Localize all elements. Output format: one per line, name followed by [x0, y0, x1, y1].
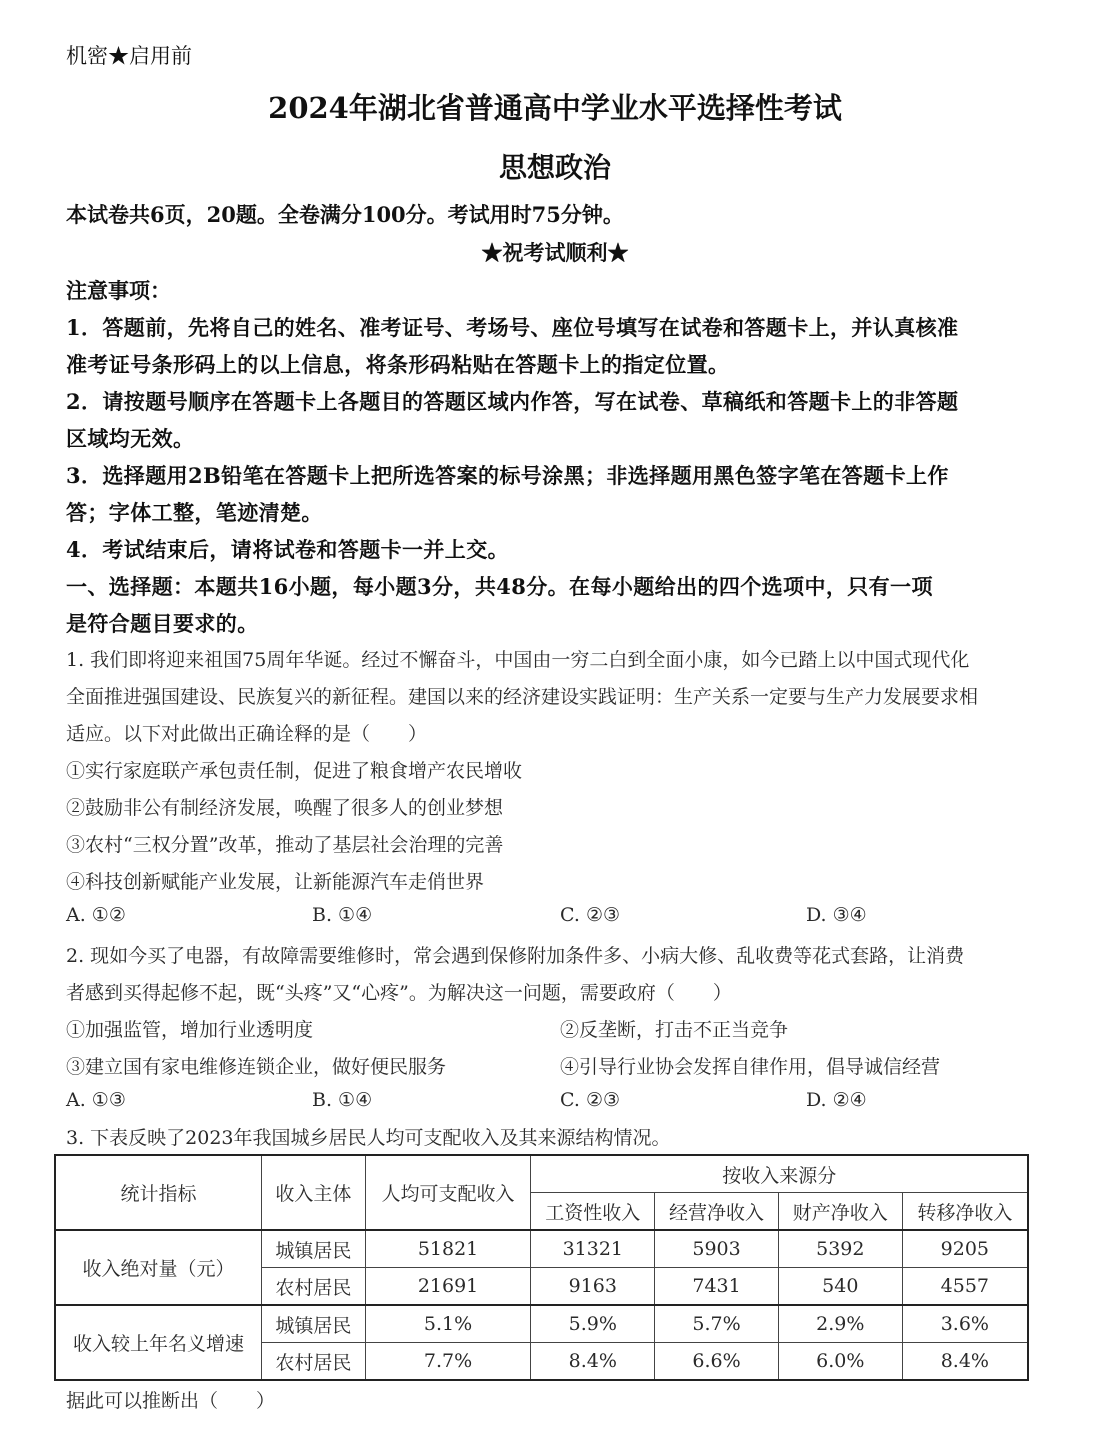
cell: 5903 — [655, 1230, 779, 1268]
notes-heading: 注意事项： — [66, 275, 171, 305]
cell: 5392 — [778, 1230, 902, 1268]
q1-option-a: A. ①② — [66, 904, 126, 926]
q2-option-b: B. ①④ — [312, 1089, 372, 1111]
cell: 6.0% — [778, 1343, 902, 1381]
row-subject: 农村居民 — [262, 1343, 366, 1381]
table-row: 收入绝对量（元） 城镇居民 51821 31321 5903 5392 9205 — [55, 1230, 1028, 1268]
q1-item: ④科技创新赋能产业发展，让新能源汽车走俏世界 — [66, 867, 484, 894]
table-row: 收入较上年名义增速 城镇居民 5.1% 5.9% 5.7% 2.9% 3.6% — [55, 1305, 1028, 1343]
q3-stem: 3. 下表反映了2023年我国城乡居民人均可支配收入及其来源结构情况。 — [66, 1123, 671, 1150]
header-source: 转移净收入 — [902, 1193, 1028, 1231]
cell: 51821 — [365, 1230, 531, 1268]
note-line: 区域均无效。 — [66, 423, 194, 453]
cell: 7431 — [655, 1268, 779, 1306]
q1-item: ②鼓励非公有制经济发展，唤醒了很多人的创业梦想 — [66, 793, 503, 820]
cell: 540 — [778, 1268, 902, 1306]
header-source: 工资性收入 — [531, 1193, 655, 1231]
note-line: 2．请按题号顺序在答题卡上各题目的答题区域内作答，写在试卷、草稿纸和答题卡上的非… — [66, 386, 958, 416]
cell: 2.9% — [778, 1305, 902, 1343]
section-heading: 一、选择题：本题共16小题，每小题3分，共48分。在每小题给出的四个选项中，只有… — [66, 571, 933, 601]
group-label: 收入绝对量（元） — [55, 1230, 262, 1305]
row-subject: 城镇居民 — [262, 1305, 366, 1343]
q2-stem-line: 2. 现如今买了电器，有故障需要维修时，常会遇到保修附加条件多、小病大修、乱收费… — [66, 941, 964, 968]
header-source: 经营净收入 — [655, 1193, 779, 1231]
exam-title: 2024年湖北省普通高中学业水平选择性考试 — [0, 86, 1096, 127]
q1-option-b: B. ①④ — [312, 904, 372, 926]
q1-stem-line: 全面推进强国建设、民族复兴的新征程。建国以来的经济建设实践证明：生产关系一定要与… — [66, 682, 978, 709]
cell: 9163 — [531, 1268, 655, 1306]
cell: 21691 — [365, 1268, 531, 1306]
cell: 8.4% — [531, 1343, 655, 1381]
section-heading: 是符合题目要求的。 — [66, 608, 259, 638]
confidential-label: 机密★启用前 — [66, 40, 192, 70]
cell: 5.9% — [531, 1305, 655, 1343]
q1-option-c: C. ②③ — [560, 904, 620, 926]
exam-subject: 思想政治 — [0, 146, 1096, 186]
note-line: 答；字体工整，笔迹清楚。 — [66, 497, 323, 527]
q2-option-c: C. ②③ — [560, 1089, 620, 1111]
cell: 3.6% — [902, 1305, 1028, 1343]
row-subject: 城镇居民 — [262, 1230, 366, 1268]
q2-option-d: D. ②④ — [806, 1089, 867, 1111]
cell: 6.6% — [655, 1343, 779, 1381]
q2-item: ②反垄断，打击不正当竞争 — [560, 1015, 788, 1042]
note-line: 3．选择题用2B铅笔在答题卡上把所选答案的标号涂黑；非选择题用黑色签字笔在答题卡… — [66, 460, 949, 490]
header-per-capita: 人均可支配收入 — [365, 1155, 531, 1230]
cell: 9205 — [902, 1230, 1028, 1268]
header-subject: 收入主体 — [262, 1155, 366, 1230]
q1-item: ①实行家庭联产承包责任制，促进了粮食增产农民增收 — [66, 756, 522, 783]
cell: 7.7% — [365, 1343, 531, 1381]
header-indicator: 统计指标 — [55, 1155, 262, 1230]
note-line: 准考证号条形码上的以上信息，将条形码粘贴在答题卡上的指定位置。 — [66, 349, 729, 379]
q2-option-a: A. ①③ — [66, 1089, 126, 1111]
q2-item: ①加强监管，增加行业透明度 — [66, 1015, 313, 1042]
q1-stem-line: 1. 我们即将迎来祖国75周年华诞。经过不懈奋斗，中国由一穷二白到全面小康，如今… — [66, 645, 969, 672]
cell: 4557 — [902, 1268, 1028, 1306]
q1-stem-line: 适应。以下对此做出正确诠释的是（ ） — [66, 719, 427, 746]
header-source: 财产净收入 — [778, 1193, 902, 1231]
exam-intro: 本试卷共6页，20题。全卷满分100分。考试用时75分钟。 — [66, 199, 624, 229]
good-luck-line: ★祝考试顺利★ — [0, 237, 1096, 267]
cell: 8.4% — [902, 1343, 1028, 1381]
header-by-source: 按收入来源分 — [531, 1155, 1028, 1193]
note-line: 1．答题前，先将自己的姓名、准考证号、考场号、座位号填写在试卷和答题卡上，并认真… — [66, 312, 958, 342]
q3-prompt: 据此可以推断出（ ） — [66, 1386, 275, 1413]
income-table: 统计指标 收入主体 人均可支配收入 按收入来源分 工资性收入 经营净收入 财产净… — [54, 1154, 1029, 1381]
q1-option-d: D. ③④ — [806, 904, 867, 926]
cell: 31321 — [531, 1230, 655, 1268]
q2-item: ③建立国有家电维修连锁企业，做好便民服务 — [66, 1052, 446, 1079]
cell: 5.1% — [365, 1305, 531, 1343]
note-line: 4．考试结束后，请将试卷和答题卡一并上交。 — [66, 534, 509, 564]
q2-item: ④引导行业协会发挥自律作用，倡导诚信经营 — [560, 1052, 940, 1079]
row-subject: 农村居民 — [262, 1268, 366, 1306]
q1-item: ③农村“三权分置”改革，推动了基层社会治理的完善 — [66, 830, 503, 857]
q2-stem-line: 者感到买得起修不起，既“头疼”又“心疼”。为解决这一问题，需要政府（ ） — [66, 978, 732, 1005]
cell: 5.7% — [655, 1305, 779, 1343]
group-label: 收入较上年名义增速 — [55, 1305, 262, 1380]
